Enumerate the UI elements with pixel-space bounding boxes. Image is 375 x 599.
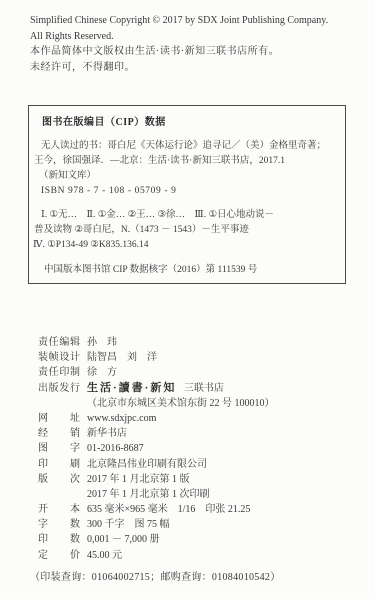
cip-data-box: 图书在版编目（CIP）数据 无人读过的书：哥白尼《天体运行论》追寻记／（美）金格…	[28, 105, 346, 284]
print-supervisor-value: 徐 方	[87, 365, 117, 380]
distributor-value: 新华书店	[87, 426, 127, 441]
cip-classification: Ⅰ. ①无… Ⅱ. ①金… ②王… ③徐… Ⅲ. ①日心地动说－ 普及读物 ②哥…	[33, 208, 339, 253]
price-row: 定价 45.00 元	[38, 548, 365, 563]
printer-value: 北京隆昌伟业印刷有限公司	[87, 457, 207, 472]
print-run-value: 0,001 － 7,000 册	[87, 532, 160, 547]
edition-row-2: 2017 年 1 月北京第 1 次印刷	[38, 487, 365, 502]
copyright-block: Simplified Chinese Copyright © 2017 by S…	[30, 13, 357, 75]
copyright-line-cn-2: 未经许可，不得翻印。	[30, 60, 357, 76]
distributor-label: 经销	[38, 426, 80, 441]
format-label: 开本	[38, 502, 80, 517]
copyright-line-en-2: All Rights Reserved.	[30, 29, 357, 45]
cip-registry-line: 中国版本图书馆 CIP 数据核字（2016）第 111539 号	[44, 263, 339, 278]
printer-row: 印刷 北京隆昌伟业印刷有限公司	[38, 457, 365, 472]
cip-class-line-2: 普及读物 ②哥白尼，N.（1473 － 1543）－生平事迹	[34, 223, 339, 238]
license-value: 01-2016-8687	[87, 441, 144, 456]
edition-row: 版次 2017 年 1 月北京第 1 版	[38, 472, 365, 487]
word-count-label: 字数	[38, 517, 80, 532]
publisher-address: （北京市东城区美术馆东街 22 号 100010）	[87, 396, 275, 411]
word-count-value: 300 千字 图 75 幅	[87, 517, 170, 532]
cip-record: 无人读过的书：哥白尼《天体运行论》追寻记／（美）金格里奇著； 王今，徐国强译．—…	[33, 139, 339, 199]
cip-isbn-line: ISBN 978 - 7 - 108 - 05709 - 9	[41, 184, 339, 199]
editor-row: 责任编辑 孙 玮	[38, 335, 365, 350]
price-value: 45.00 元	[87, 548, 122, 563]
cip-heading: 图书在版编目（CIP）数据	[42, 115, 339, 130]
print-run-row: 印数 0,001 － 7,000 册	[38, 532, 365, 547]
printing-value: 2017 年 1 月北京第 1 次印刷	[87, 487, 210, 502]
design-value: 陆智昌 刘 洋	[87, 350, 157, 365]
website-label: 网址	[38, 411, 80, 426]
format-row: 开本 635 毫米×965 毫米 1/16 印张 21.25	[38, 502, 365, 517]
design-label: 装帧设计	[38, 350, 80, 365]
print-run-label: 印数	[38, 532, 80, 547]
printer-label: 印刷	[38, 457, 80, 472]
publisher-label: 出版发行	[38, 381, 80, 396]
colophon-details: 责任编辑 孙 玮 装帧设计 陆智昌 刘 洋 责任印制 徐 方 出版发行 生活·讀…	[38, 335, 365, 563]
inquiry-line: （印装查询：01064002715；邮购查询：01084010542）	[30, 568, 281, 583]
publisher-row: 出版发行 生活·讀書·新知 三联书店	[38, 381, 365, 396]
sdx-logo-text: 生活·讀書·新知	[87, 382, 176, 394]
license-label: 图字	[38, 441, 80, 456]
print-supervisor-row: 责任印制 徐 方	[38, 365, 365, 380]
cip-translator-line: 王今，徐国强译．—北京：生活·读书·新知三联书店，2017.1	[34, 154, 339, 169]
publisher-address-row: （北京市东城区美术馆东街 22 号 100010）	[38, 396, 365, 411]
edition-value: 2017 年 1 月北京第 1 版	[87, 472, 190, 487]
format-value: 635 毫米×965 毫米 1/16 印张 21.25	[87, 502, 250, 517]
cip-title-line: 无人读过的书：哥白尼《天体运行论》追寻记／（美）金格里奇著；	[41, 139, 339, 154]
price-label: 定价	[38, 548, 80, 563]
copyright-line-cn-1: 本作品简体中文版权由生活·读书·新知三联书店所有。	[30, 44, 357, 60]
colophon-page: Simplified Chinese Copyright © 2017 by S…	[0, 0, 375, 599]
word-count-row: 字数 300 千字 图 75 幅	[38, 517, 365, 532]
cip-class-line-1: Ⅰ. ①无… Ⅱ. ①金… ②王… ③徐… Ⅲ. ①日心地动说－	[41, 208, 339, 223]
cip-series-line: （新知文库）	[39, 169, 339, 184]
design-row: 装帧设计 陆智昌 刘 洋	[38, 350, 365, 365]
website-value: www.sdxjpc.com	[87, 411, 156, 426]
distributor-row: 经销 新华书店	[38, 426, 365, 441]
website-row: 网址 www.sdxjpc.com	[38, 411, 365, 426]
edition-label: 版次	[38, 472, 80, 487]
license-row: 图字 01-2016-8687	[38, 441, 365, 456]
editor-label: 责任编辑	[38, 335, 80, 350]
publisher-value: 生活·讀書·新知 三联书店	[87, 381, 224, 396]
print-supervisor-label: 责任印制	[38, 365, 80, 380]
cip-class-line-3: Ⅳ. ①P134-49 ②K835.136.14	[33, 238, 339, 253]
publisher-name: 三联书店	[184, 383, 224, 394]
editor-value: 孙 玮	[87, 335, 117, 350]
copyright-line-en-1: Simplified Chinese Copyright © 2017 by S…	[30, 13, 357, 29]
